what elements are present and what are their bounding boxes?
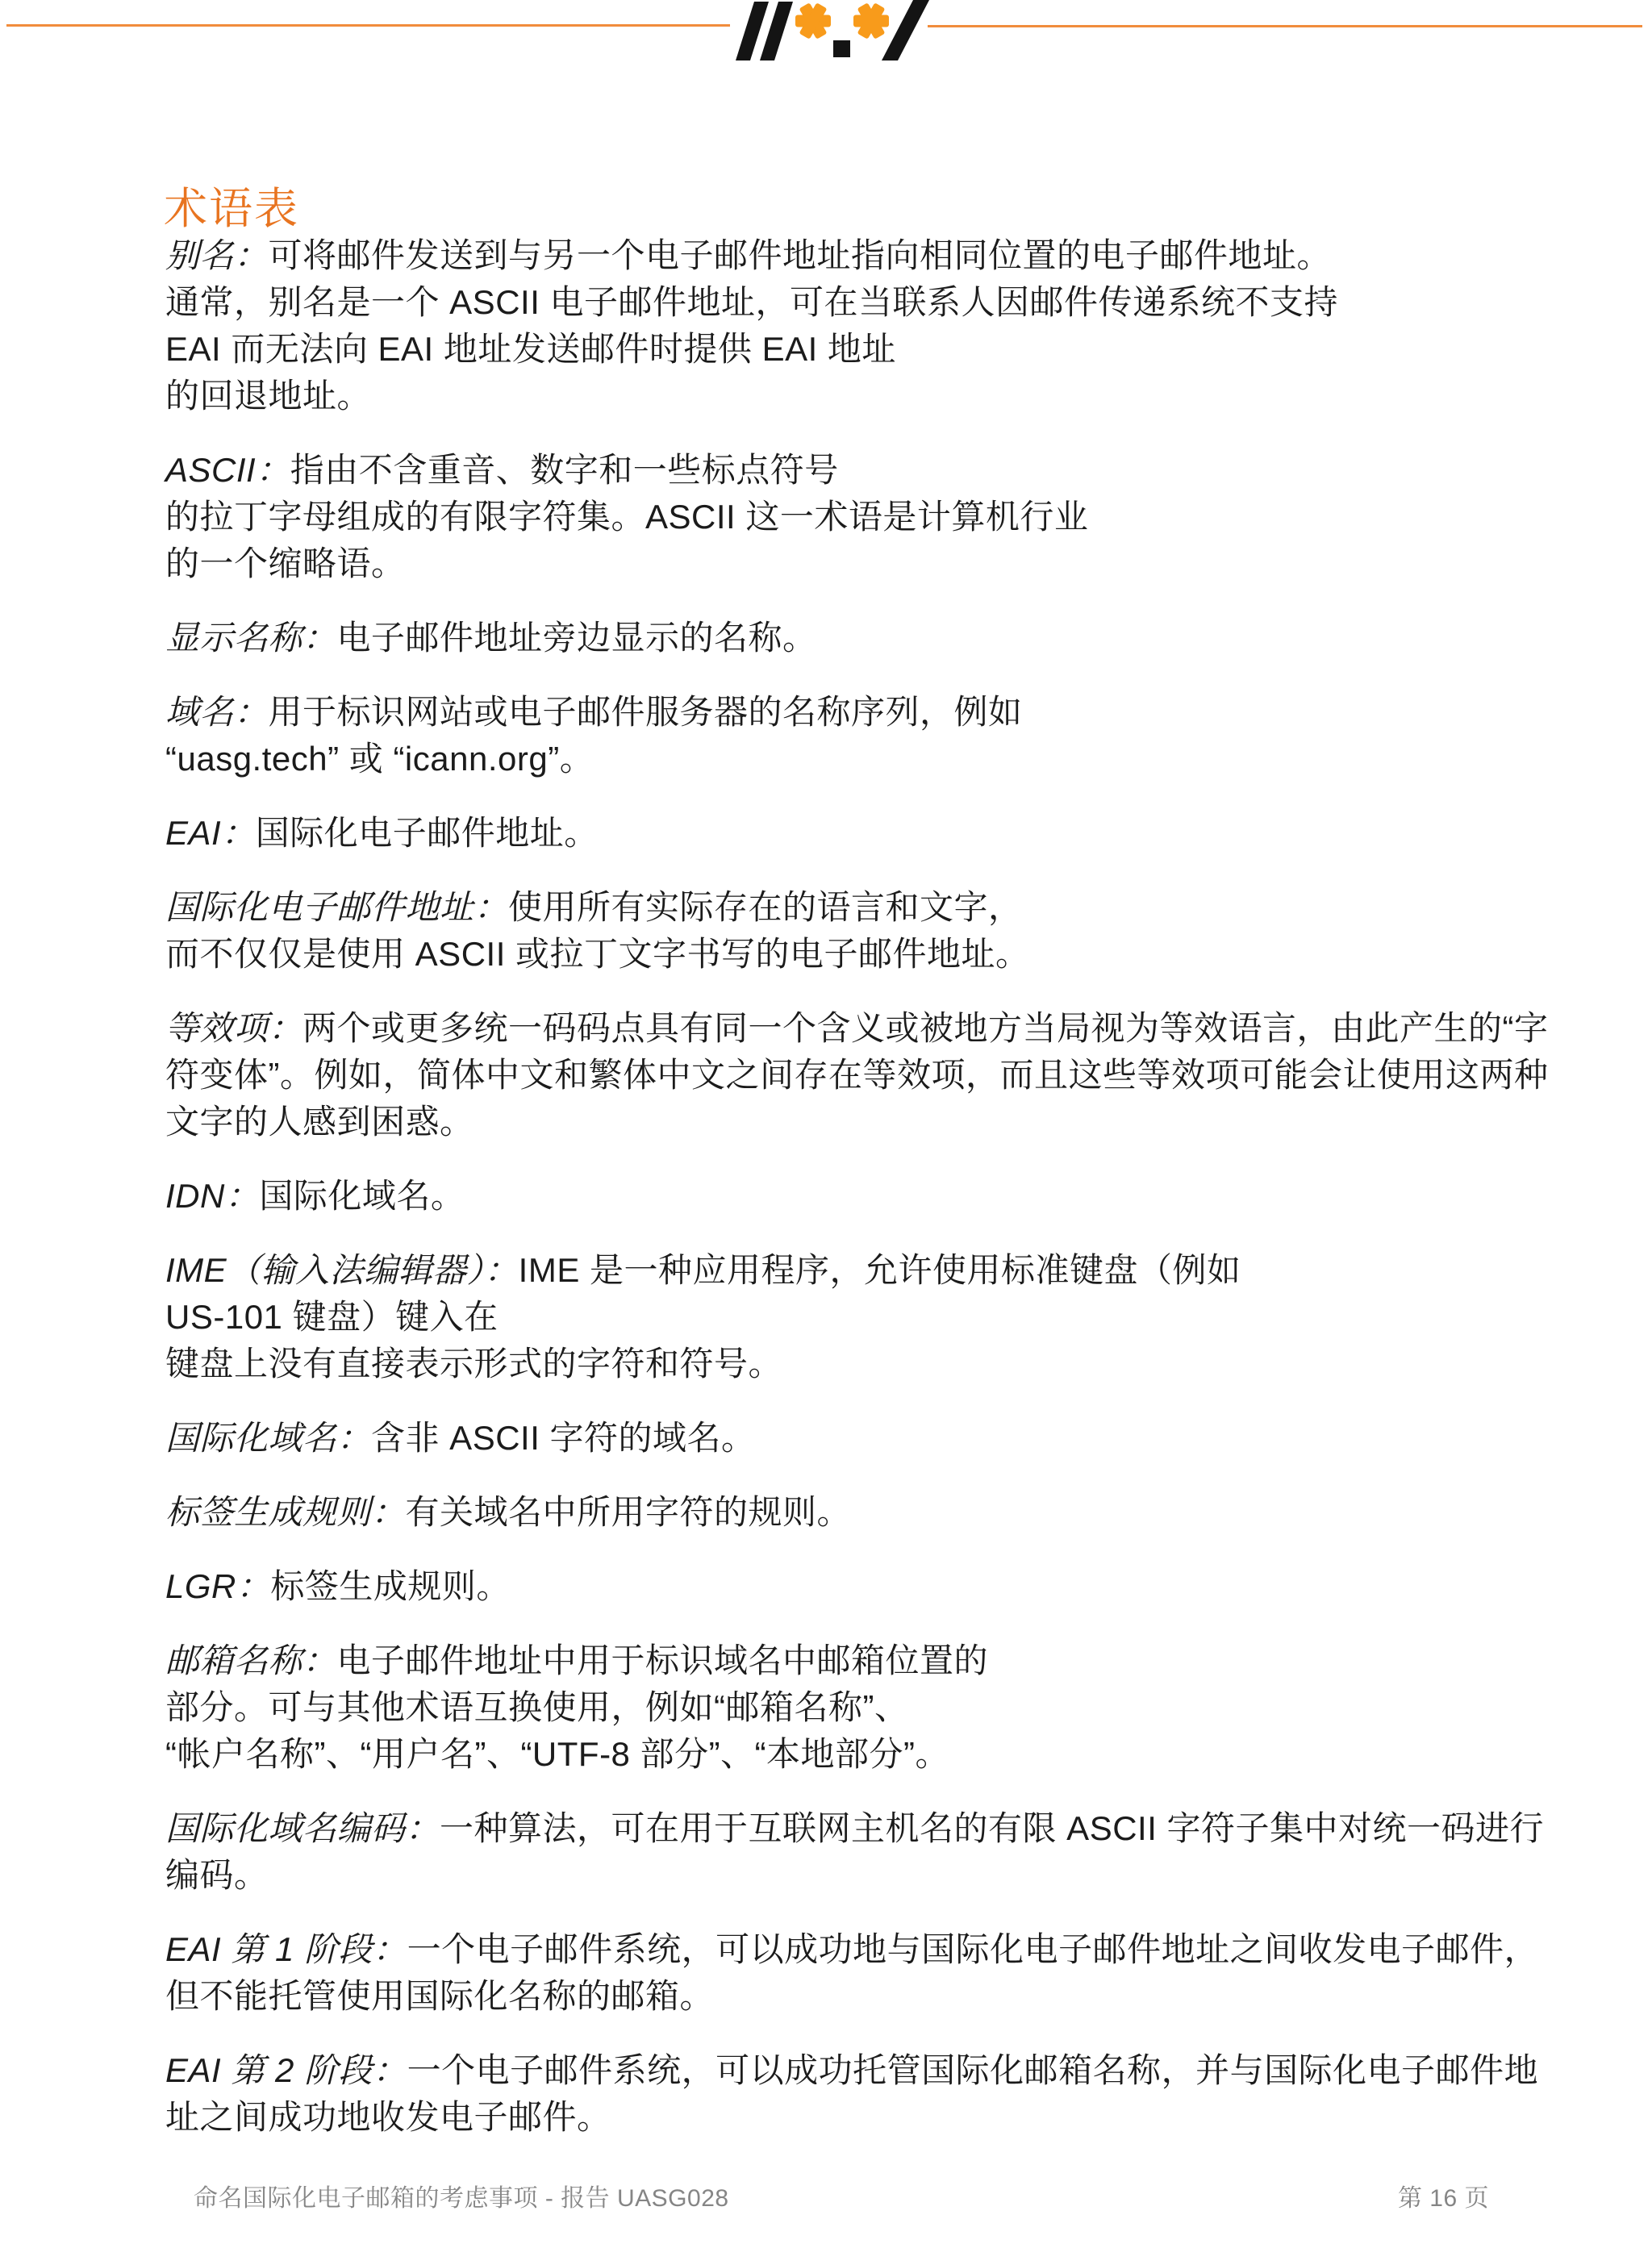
glossary-list: 别名：可将邮件发送到与另一个电子邮件地址指向相同位置的电子邮件地址。 通常，别名… <box>165 232 1652 2168</box>
header-rule-right <box>928 25 1642 27</box>
glossary-entry: EAI：国际化电子邮件地址。 <box>165 810 1652 857</box>
glossary-entry: 标签生成规则：有关域名中所用字符的规则。 <box>165 1489 1652 1536</box>
glossary-definition: 指由不含重音、数字和一些标点符号 的拉丁字母组成的有限字符集。ASCII 这一术… <box>165 451 1088 582</box>
asterisk-icon <box>853 2 889 40</box>
glossary-entry: EAI 第 1 阶段：一个电子邮件系统，可以成功地与国际化电子邮件地址之间收发电… <box>165 1926 1652 2020</box>
glossary-entry: 别名：可将邮件发送到与另一个电子邮件地址指向相同位置的电子邮件地址。 通常，别名… <box>165 232 1652 419</box>
glossary-entry: IME（输入法编辑器）：IME 是一种应用程序，允许使用标准键盘（例如 US-1… <box>165 1247 1652 1387</box>
glossary-term: LGR： <box>165 1567 270 1605</box>
glossary-term: 国际化域名编码： <box>165 1809 440 1847</box>
header-rule-left <box>6 24 730 27</box>
glossary-term: IDN： <box>165 1177 259 1215</box>
glossary-entry: 国际化域名：含非 ASCII 字符的域名。 <box>165 1415 1652 1462</box>
asterisk-icon <box>795 2 831 40</box>
glossary-entry: EAI 第 2 阶段：一个电子邮件系统，可以成功托管国际化邮箱名称，并与国际化电… <box>165 2047 1652 2141</box>
glossary-definition: 国际化域名。 <box>259 1177 465 1215</box>
glossary-term: EAI 第 1 阶段： <box>165 1930 407 1968</box>
glossary-definition: 标签生成规则。 <box>270 1567 511 1605</box>
glossary-entry: 国际化电子邮件地址：使用所有实际存在的语言和文字， 而不仅仅是使用 ASCII … <box>165 884 1652 978</box>
glossary-term: 显示名称： <box>165 619 337 657</box>
glossary-definition: 可将邮件发送到与另一个电子邮件地址指向相同位置的电子邮件地址。 通常，别名是一个… <box>165 236 1338 415</box>
glossary-definition: 国际化电子邮件地址。 <box>256 814 599 852</box>
glossary-entry: 域名：用于标识网站或电子邮件服务器的名称序列，例如 “uasg.tech” 或 … <box>165 689 1652 782</box>
glossary-definition: 用于标识网站或电子邮件服务器的名称序列，例如 “uasg.tech” 或 “ic… <box>165 693 1023 778</box>
glossary-term: 别名： <box>165 236 269 274</box>
glossary-entry: ASCII：指由不含重音、数字和一些标点符号 的拉丁字母组成的有限字符集。ASC… <box>165 447 1652 587</box>
glossary-term: 邮箱名称： <box>165 1641 337 1679</box>
uasg-logo-icon <box>730 0 932 63</box>
slash-icon <box>882 0 929 60</box>
document-page: { "header": { "logo_glyphs": "//*.*/", "… <box>0 0 1652 2265</box>
footer-report-title: 命名国际化电子邮箱的考虑事项 - 报告 UASG028 <box>194 2178 729 2213</box>
glossary-entry: 国际化域名编码：一种算法，可在用于互联网主机名的有限 ASCII 字符子集中对统… <box>165 1805 1652 1899</box>
glossary-term: 域名： <box>165 693 269 731</box>
glossary-entry: IDN：国际化域名。 <box>165 1173 1652 1220</box>
glossary-entry: LGR：标签生成规则。 <box>165 1563 1652 1610</box>
footer-page-number: 第 16 页 <box>1398 2178 1489 2213</box>
glossary-term: 等效项： <box>165 1009 302 1047</box>
page-title: 术语表 <box>164 174 299 236</box>
glossary-entry: 显示名称：电子邮件地址旁边显示的名称。 <box>165 615 1652 661</box>
glossary-definition: 电子邮件地址旁边显示的名称。 <box>337 619 817 657</box>
glossary-definition: 含非 ASCII 字符的域名。 <box>371 1419 756 1457</box>
glossary-term: ASCII： <box>165 451 290 489</box>
glossary-definition: 两个或更多统一码码点具有同一个含义或被地方当局视为等效语言，由此产生的“字 符变… <box>165 1009 1549 1141</box>
glossary-term: 国际化电子邮件地址： <box>165 888 508 926</box>
glossary-definition: 有关域名中所用字符的规则。 <box>406 1493 852 1531</box>
glossary-term: 国际化域名： <box>165 1419 371 1457</box>
glossary-term: EAI 第 2 阶段： <box>165 2051 407 2089</box>
glossary-term: 标签生成规则： <box>165 1493 406 1531</box>
glossary-entry: 等效项：两个或更多统一码码点具有同一个含义或被地方当局视为等效语言，由此产生的“… <box>165 1005 1652 1145</box>
dot-icon <box>833 40 850 57</box>
page-footer: 命名国际化电子邮箱的考虑事项 - 报告 UASG028 第 16 页 <box>194 2178 1489 2213</box>
glossary-term: EAI： <box>165 814 256 852</box>
glossary-entry: 邮箱名称：电子邮件地址中用于标识域名中邮箱位置的 部分。可与其他术语互换使用，例… <box>165 1637 1652 1778</box>
glossary-term: IME（输入法编辑器）： <box>165 1251 519 1289</box>
